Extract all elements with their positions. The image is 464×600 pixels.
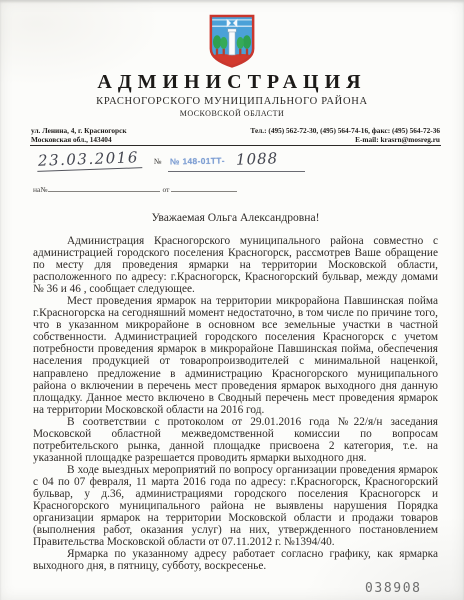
org-region: МОСКОВСКОЙ ОБЛАСТИ xyxy=(0,109,464,118)
paragraph-2: Мест проведения ярмарок на территории ми… xyxy=(33,295,438,415)
number-sign: № xyxy=(154,157,162,166)
coat-of-arms-icon xyxy=(207,13,257,74)
paragraph-5: Ярмарка по указанному адресу работает со… xyxy=(33,548,438,572)
reply-reference-row: на№от xyxy=(33,184,237,194)
registration-stamp-number: 038908 xyxy=(365,581,422,596)
org-phones: Тел.: (495) 562-72-30, (495) 564-74-16, … xyxy=(250,126,440,144)
reference-row: 23.03.2016 № № 148-01ТТ- 1088 xyxy=(37,150,305,180)
outgoing-number-group: № 148-01ТТ- 1088 xyxy=(168,150,305,172)
handwritten-date: 23.03.2016 xyxy=(37,148,143,172)
org-name: АДМИНИСТРАЦИЯ xyxy=(0,71,464,94)
phone-line: Тел.: (495) 562-72-30, (495) 564-74-16, … xyxy=(250,126,440,135)
paragraph-4: В ходе выездных мероприятий по вопросу о… xyxy=(33,464,438,548)
reply-number-blank xyxy=(48,184,160,192)
address-line-1: ул. Ленина, 4, г. Красногорск xyxy=(31,126,127,135)
reply-from-label: от xyxy=(163,185,170,194)
org-address: ул. Ленина, 4, г. Красногорск Московская… xyxy=(31,126,127,144)
paragraph-1: Администрация Красногорского муниципальн… xyxy=(33,235,438,295)
address-line-2: Московская обл., 143404 xyxy=(31,135,127,144)
paragraph-3: В соответствии с протоколом от 29.01.201… xyxy=(33,416,438,464)
reply-prefix: на№ xyxy=(33,185,48,194)
stamped-number: № 148-01ТТ- xyxy=(169,156,224,167)
salutation: Уважаемая Ольга Александровна! xyxy=(33,211,438,224)
email-line: E-mail: krasrn@mosreg.ru xyxy=(250,135,440,144)
org-subtitle: КРАСНОГОРСКОГО МУНИЦИПАЛЬНОГО РАЙОНА xyxy=(0,96,464,107)
scanned-letter-page: АДМИНИСТРАЦИЯ КРАСНОГОРСКОГО МУНИЦИПАЛЬН… xyxy=(0,0,464,600)
letter-body: Администрация Красногорского муниципальн… xyxy=(33,235,438,572)
reply-date-blank xyxy=(171,184,237,192)
letterhead-contacts: ул. Ленина, 4, г. Красногорск Московская… xyxy=(31,126,440,144)
handwritten-number: 1088 xyxy=(236,149,279,168)
letterhead-divider xyxy=(30,145,441,146)
